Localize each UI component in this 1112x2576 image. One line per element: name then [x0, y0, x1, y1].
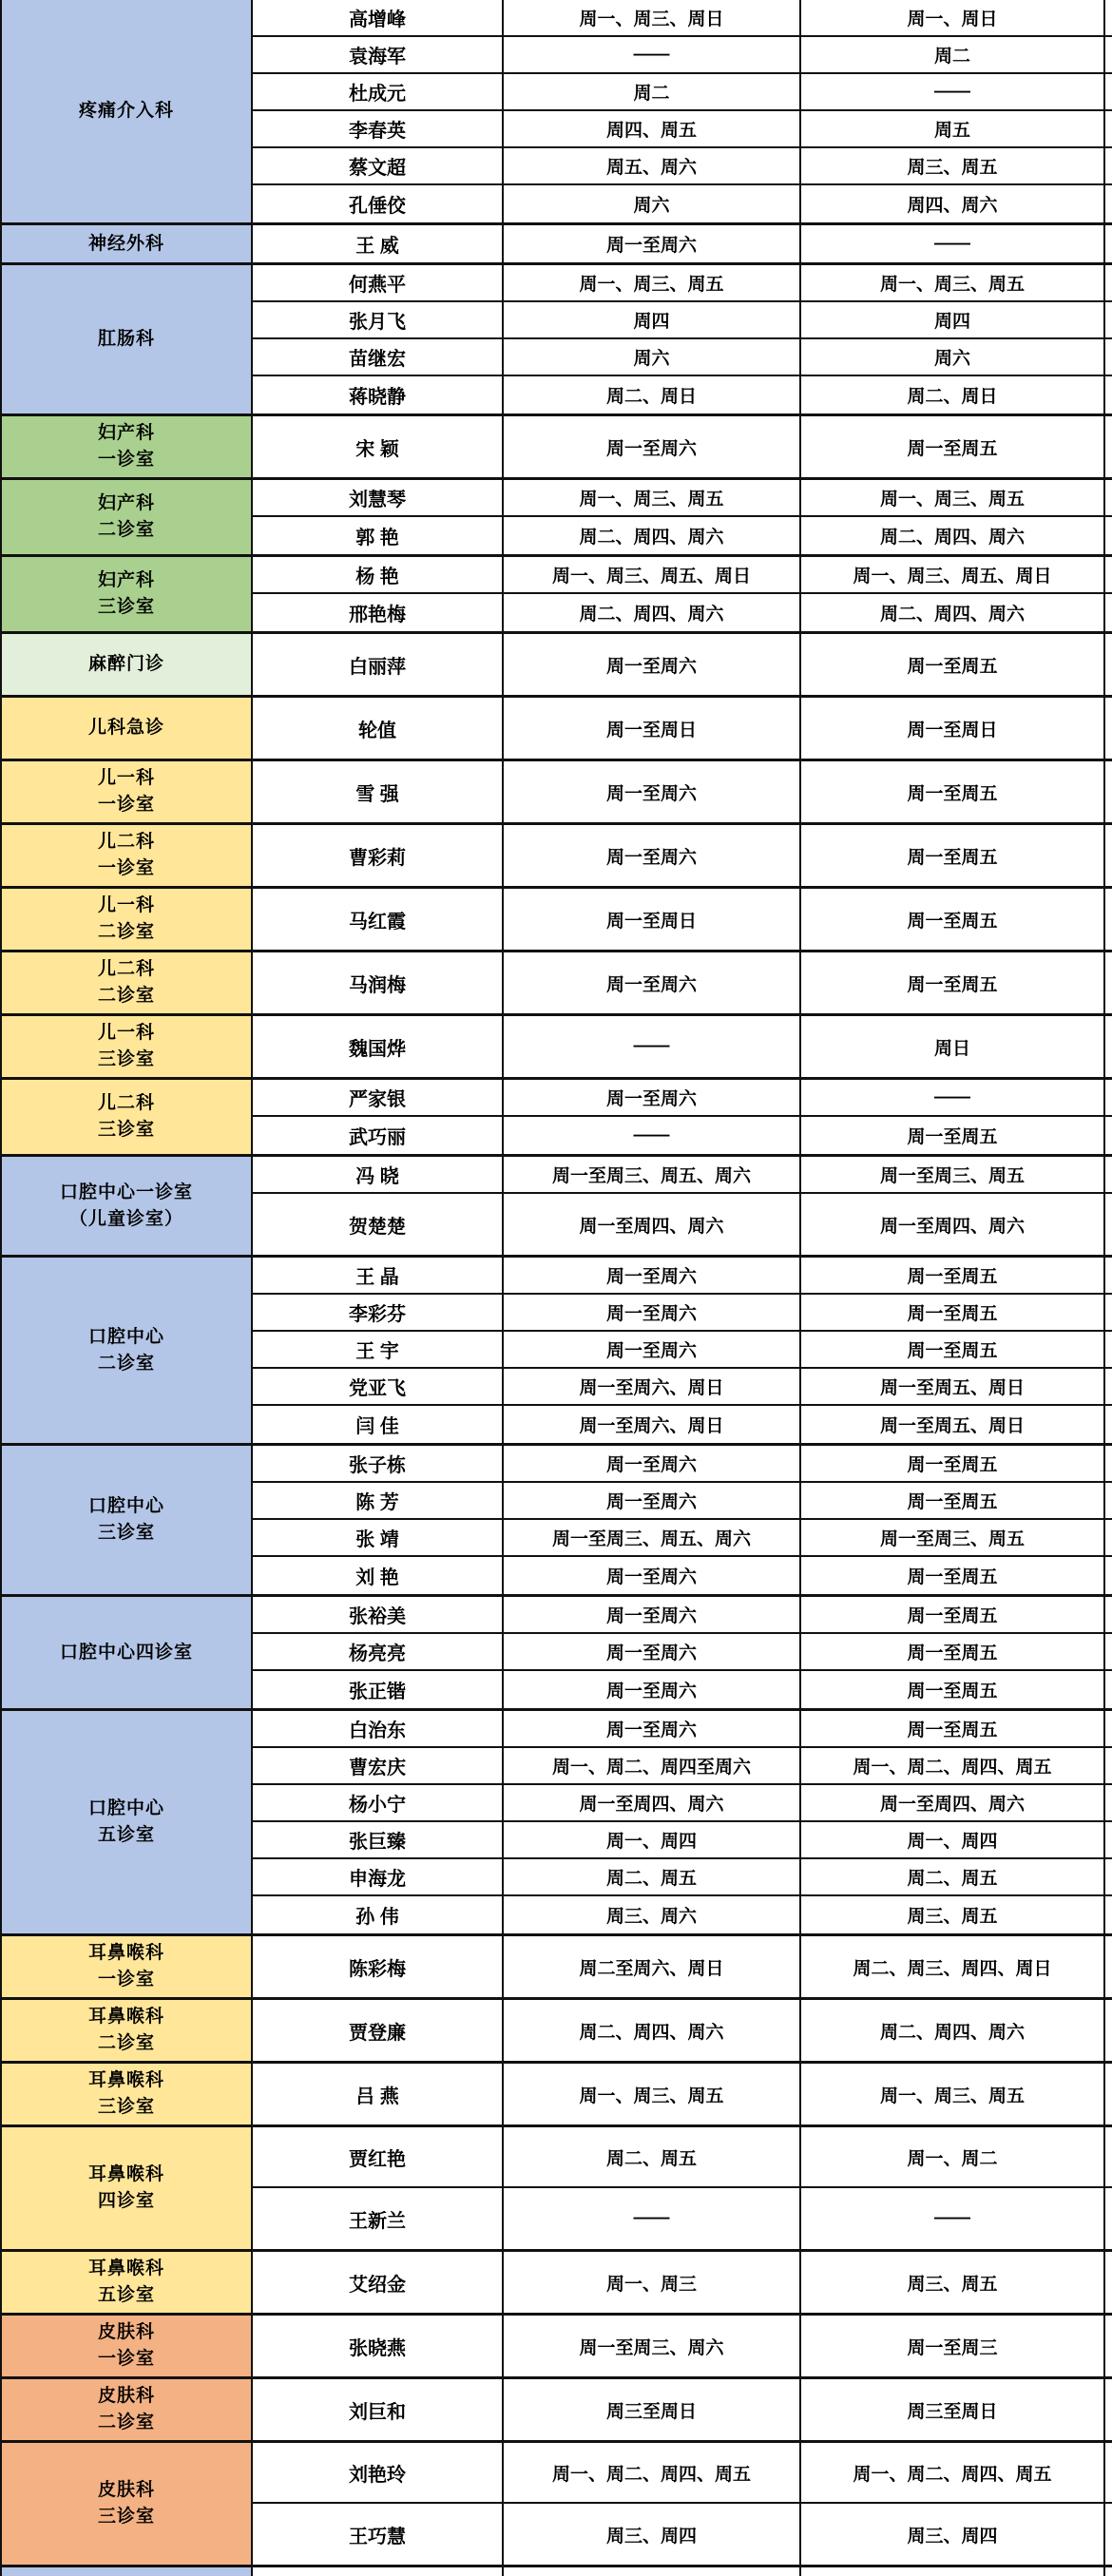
schedule-column1-cell: 周五、周六: [504, 148, 801, 183]
right-edge-sliver-cell: [1105, 698, 1112, 759]
schedule-column1-cell: 周一、周二、周四至周六: [504, 1748, 801, 1783]
department-cell: 耳鼻喉科 二诊室: [2, 2000, 253, 2061]
schedule-column1-cell: 周一至周六: [504, 825, 801, 886]
right-edge-sliver-cell: [1105, 2504, 1112, 2565]
doctor-name-cell: 王 宇: [253, 1332, 504, 1367]
department-cell: 皮肤科 三诊室: [2, 2443, 253, 2565]
doctor-name-cell: 王 威: [253, 225, 504, 262]
schedule-column2-cell: 周二、周四、周六: [801, 594, 1105, 631]
schedule-column1-cell: 周一、周三、周五: [504, 2064, 801, 2124]
schedule-column1-cell: 周一至周三、周五、周六: [504, 1520, 801, 1555]
section-rows: 贾红艳周二、周五周一、周二王新兰————: [253, 2127, 1112, 2249]
schedule-column2-cell: 周一至周五、周日: [801, 1369, 1105, 1404]
right-edge-sliver-cell: [1105, 1634, 1112, 1669]
schedule-column2-cell: 周一至周五: [801, 1332, 1105, 1367]
right-edge-sliver-cell: [1105, 1258, 1112, 1293]
department-cell: 耳鼻喉科 四诊室: [2, 2127, 253, 2249]
right-edge-sliver-cell: [1105, 148, 1112, 183]
schedule-column2-cell: 周二、周五: [801, 1859, 1105, 1894]
schedule-column2-cell: 周一、周二、周四、周五: [801, 1748, 1105, 1783]
schedule-column2-cell: 周一至周四、周六: [801, 1785, 1105, 1820]
schedule-column2-cell: 周一、周三、周五: [801, 265, 1105, 300]
schedule-row: 何燕平周一、周三、周五周一、周三、周五: [253, 265, 1112, 302]
schedule-row: 张巨臻周一、周四周一、周四: [253, 1822, 1112, 1859]
section-rows: 陈彩梅周二至周六、周日周二、周三、周四、周日: [253, 1936, 1112, 1997]
department-cell: 儿一科 二诊室: [2, 889, 253, 950]
department-section: 肛肠科何燕平周一、周三、周五周一、周三、周五张月飞周四周四苗继宏周六周六蒋晓静周…: [2, 265, 1112, 416]
schedule-column2-cell: 周三、周五: [801, 1896, 1105, 1933]
schedule-column1-cell: 周一、周三、周日: [504, 0, 801, 35]
right-edge-sliver-cell: [1105, 1822, 1112, 1857]
schedule-column2-cell: 周一、周三、周五: [801, 2064, 1105, 2124]
section-rows: 王 威周一至周六——: [253, 225, 1112, 262]
schedule-column1-cell: 周二、周四、周六: [504, 517, 801, 554]
schedule-column2-cell: 周一至周五: [801, 761, 1105, 822]
doctor-name-cell: 白丽萍: [253, 634, 504, 695]
schedule-column1-cell: 周一至周六: [504, 1634, 801, 1669]
schedule-column2-cell: 周一、周三、周五: [801, 480, 1105, 515]
schedule-column2-cell: 周一、周二、周四、周五: [801, 2443, 1105, 2502]
right-edge-sliver-cell: [1105, 185, 1112, 222]
schedule-column1-cell: 周一至周六: [504, 1080, 801, 1115]
department-cell: 口腔中心 五诊室: [2, 1711, 253, 1933]
right-edge-sliver-cell: [1105, 1711, 1112, 1746]
doctor-name-cell: 马润梅: [253, 952, 504, 1013]
right-edge-sliver-cell: [1105, 37, 1112, 72]
schedule-column1-cell: 周二、周五: [504, 1859, 801, 1894]
right-edge-sliver-cell: [1105, 1748, 1112, 1783]
schedule-row: 陈 芳周一至周六周一至周五: [253, 1483, 1112, 1520]
schedule-column1-cell: 周三至周日: [504, 2379, 801, 2440]
schedule-row: [253, 2567, 1112, 2576]
schedule-column1-cell: 周一至周六: [504, 761, 801, 822]
schedule-column1-cell: 周一、周三、周五、周日: [504, 557, 801, 592]
department-cell: 麻醉门诊: [2, 634, 253, 695]
department-cell: 肛肠科: [2, 265, 253, 413]
doctor-name-cell: 马红霞: [253, 889, 504, 950]
schedule-column1-cell: 周一、周三、周五: [504, 265, 801, 300]
schedule-row: 陈彩梅周二至周六、周日周二、周三、周四、周日: [253, 1936, 1112, 1997]
schedule-column1-cell: 周一至周三、周五、周六: [504, 1157, 801, 1192]
schedule-row: 刘慧琴周一、周三、周五周一、周三、周五: [253, 480, 1112, 517]
schedule-column2-cell: 周一至周五: [801, 889, 1105, 950]
schedule-column1-cell: 周四: [504, 302, 801, 337]
doctor-name-cell: 王 晶: [253, 1258, 504, 1293]
department-section: 儿二科 二诊室马润梅周一至周六周一至周五: [2, 952, 1112, 1016]
schedule-column2-cell: 周一至周五: [801, 1117, 1105, 1154]
doctor-name-cell: 杨亮亮: [253, 1634, 504, 1669]
doctor-name-cell: 何燕平: [253, 265, 504, 300]
doctor-name-cell: 雪 强: [253, 761, 504, 822]
schedule-row: 张裕美周一至周六周一至周五: [253, 1597, 1112, 1634]
schedule-row: 贾登廉周二、周四、周六周二、周四、周六: [253, 2000, 1112, 2061]
doctor-name-cell: 党亚飞: [253, 1369, 504, 1404]
schedule-row: 张月飞周四周四: [253, 302, 1112, 339]
right-edge-sliver-cell: [1105, 1520, 1112, 1555]
schedule-row: 杨亮亮周一至周六周一至周五: [253, 1634, 1112, 1671]
schedule-column2-cell: 周一至周三: [801, 2316, 1105, 2376]
right-edge-sliver-cell: [1105, 1157, 1112, 1192]
schedule-column1-cell: 周三、周六: [504, 1896, 801, 1933]
section-rows: 高增峰周一、周三、周日周一、周日袁海军——周二杜成元周二——李春英周四、周五周五…: [253, 0, 1112, 222]
schedule-column1-cell: 周一至周六: [504, 1295, 801, 1330]
department-section: 儿二科 三诊室严家银周一至周六——武巧丽——周一至周五: [2, 1080, 1112, 1157]
department-section: 妇产科 二诊室刘慧琴周一、周三、周五周一、周三、周五郭 艳周二、周四、周六周二、…: [2, 480, 1112, 557]
schedule-column2-cell: 周一至周三、周五: [801, 1520, 1105, 1555]
doctor-name-cell: 孔倕佼: [253, 185, 504, 222]
right-edge-sliver-cell: [1105, 416, 1112, 477]
schedule-column2-cell: 周一至周五: [801, 634, 1105, 695]
section-rows: 马红霞周一至周日周一至周五: [253, 889, 1112, 950]
department-cell: 疼痛介入科: [2, 0, 253, 222]
schedule-row: 苗继宏周六周六: [253, 339, 1112, 376]
section-rows: 刘慧琴周一、周三、周五周一、周三、周五郭 艳周二、周四、周六周二、周四、周六: [253, 480, 1112, 554]
right-edge-sliver-cell: [1105, 2064, 1112, 2124]
right-edge-sliver-cell: [1105, 225, 1112, 262]
schedule-column2-cell: ——: [801, 1080, 1105, 1115]
schedule-column1-cell: 周三、周四: [504, 2504, 801, 2565]
doctor-name-cell: 吕 燕: [253, 2064, 504, 2124]
right-edge-sliver-cell: [1105, 517, 1112, 554]
department-cell: 口腔中心 三诊室: [2, 1446, 253, 1594]
schedule-column2-cell: 周一至周五: [801, 825, 1105, 886]
schedule-column1-cell: 周一、周二、周四、周五: [504, 2443, 801, 2502]
department-cell: 儿科急诊: [2, 698, 253, 759]
schedule-row: 轮值周一至周日周一至周日: [253, 698, 1112, 759]
schedule-column2-cell: 周一至周四、周六: [801, 1194, 1105, 1255]
department-section: 耳鼻喉科 四诊室贾红艳周二、周五周一、周二王新兰————: [2, 2127, 1112, 2252]
schedule-column1-cell: 周一至周日: [504, 889, 801, 950]
department-cell: 神经外科: [2, 225, 253, 262]
doctor-name-cell: 宋 颖: [253, 416, 504, 477]
schedule-column1-cell: 周一至周日: [504, 698, 801, 759]
department-section: 妇产科 三诊室杨 艳周一、周三、周五、周日周一、周三、周五、周日邢艳梅周二、周四…: [2, 557, 1112, 634]
doctor-name-cell: 贾红艳: [253, 2127, 504, 2186]
schedule-row: 马润梅周一至周六周一至周五: [253, 952, 1112, 1013]
schedule-column1-cell: 周一至周六、周日: [504, 1406, 801, 1443]
department-cell: 耳鼻喉科 三诊室: [2, 2064, 253, 2124]
schedule-column2-cell: 周二、周三、周四、周日: [801, 1936, 1105, 1997]
section-rows: 贾登廉周二、周四、周六周二、周四、周六: [253, 2000, 1112, 2061]
department-cell: 儿一科 一诊室: [2, 761, 253, 822]
schedule-row: 张子栋周一至周六周一至周五: [253, 1446, 1112, 1483]
schedule-row: 魏国烨——周日: [253, 1016, 1112, 1077]
right-edge-sliver-cell: [1105, 1194, 1112, 1255]
right-edge-sliver-cell: [1105, 1117, 1112, 1154]
right-edge-sliver-cell: [1105, 1295, 1112, 1330]
right-edge-sliver-cell: [1105, 1483, 1112, 1518]
doctor-name-cell: 严家银: [253, 1080, 504, 1115]
right-edge-sliver-cell: [1105, 376, 1112, 413]
doctor-name-cell: 杨小宁: [253, 1785, 504, 1820]
schedule-column2-cell: 周二、周四、周六: [801, 2000, 1105, 2061]
right-edge-sliver-cell: [1105, 889, 1112, 950]
department-cell: 妇产科 一诊室: [2, 416, 253, 477]
schedule-column1-cell: ——: [504, 37, 801, 72]
doctor-name-cell: 袁海军: [253, 37, 504, 72]
schedule-column2-cell: 周一至周五、周日: [801, 1406, 1105, 1443]
schedule-column1-cell: 周一至周四、周六: [504, 1194, 801, 1255]
schedule-column1-cell: 周一至周六: [504, 1332, 801, 1367]
department-section: 儿一科 一诊室雪 强周一至周六周一至周五: [2, 761, 1112, 825]
doctor-name-cell: 刘 艳: [253, 1557, 504, 1594]
doctor-name-cell: 孙 伟: [253, 1896, 504, 1933]
right-edge-sliver-cell: [1105, 2000, 1112, 2061]
right-edge-sliver-cell: [1105, 1080, 1112, 1115]
right-edge-sliver-cell: [1105, 265, 1112, 300]
right-edge-sliver-cell: [1105, 2127, 1112, 2186]
schedule-row: 宋 颖周一至周六周一至周五: [253, 416, 1112, 477]
schedule-column2-cell: 周一至周三、周五: [801, 1157, 1105, 1192]
department-section: 耳鼻喉科 三诊室吕 燕周一、周三、周五周一、周三、周五: [2, 2064, 1112, 2127]
doctor-name-cell: [253, 2567, 504, 2576]
doctor-name-cell: 苗继宏: [253, 339, 504, 375]
section-rows: 雪 强周一至周六周一至周五: [253, 761, 1112, 822]
schedule-column1-cell: 周四、周五: [504, 111, 801, 146]
schedule-column2-cell: 周二、周日: [801, 376, 1105, 413]
section-rows: 刘巨和周三至周日周三至周日: [253, 2379, 1112, 2440]
department-section: 耳鼻喉科 五诊室艾绍金周一、周三周三、周五: [2, 2252, 1112, 2316]
department-section: 麻醉门诊白丽萍周一至周六周一至周五: [2, 634, 1112, 698]
department-section: 口腔中心 五诊室白治东周一至周六周一至周五曹宏庆周一、周二、周四至周六周一、周二…: [2, 1711, 1112, 1936]
right-edge-sliver-cell: [1105, 2443, 1112, 2502]
doctor-name-cell: 刘巨和: [253, 2379, 504, 2440]
schedule-row: 蒋晓静周二、周日周二、周日: [253, 376, 1112, 413]
section-rows: 轮值周一至周日周一至周日: [253, 698, 1112, 759]
schedule-row: 冯 晓周一至周三、周五、周六周一至周三、周五: [253, 1157, 1112, 1194]
schedule-column1-cell: 周一至周六: [504, 1711, 801, 1746]
doctor-name-cell: 武巧丽: [253, 1117, 504, 1154]
section-rows: [253, 2567, 1112, 2576]
section-rows: 严家银周一至周六——武巧丽——周一至周五: [253, 1080, 1112, 1154]
schedule-row: 高增峰周一、周三、周日周一、周日: [253, 0, 1112, 37]
department-section: 皮肤科 二诊室刘巨和周三至周日周三至周日: [2, 2379, 1112, 2443]
doctor-name-cell: 郭 艳: [253, 517, 504, 554]
schedule-row: 张 靖周一至周三、周五、周六周一至周三、周五: [253, 1520, 1112, 1557]
schedule-column2-cell: 周一、周四: [801, 1822, 1105, 1857]
doctor-name-cell: 魏国烨: [253, 1016, 504, 1077]
schedule-row: 贺楚楚周一至周四、周六周一至周四、周六: [253, 1194, 1112, 1255]
schedule-column2-cell: 周一、周二: [801, 2127, 1105, 2186]
schedule-column1-cell: 周一至周六: [504, 1671, 801, 1708]
right-edge-sliver-cell: [1105, 1671, 1112, 1708]
schedule-column2-cell: ——: [801, 74, 1105, 109]
schedule-row: 党亚飞周一至周六、周日周一至周五、周日: [253, 1369, 1112, 1406]
schedule-row: 雪 强周一至周六周一至周五: [253, 761, 1112, 822]
department-section: 耳鼻喉科 一诊室陈彩梅周二至周六、周日周二、周三、周四、周日: [2, 1936, 1112, 2000]
department-cell: 耳鼻喉科 一诊室: [2, 1936, 253, 1997]
schedule-row: 张正锴周一至周六周一至周五: [253, 1671, 1112, 1708]
schedule-column1-cell: 周一至周六、周日: [504, 1369, 801, 1404]
schedule-column1-cell: 周二、周日: [504, 376, 801, 413]
schedule-row: 刘巨和周三至周日周三至周日: [253, 2379, 1112, 2440]
schedule-column1-cell: 周一、周四: [504, 1822, 801, 1857]
schedule-column2-cell: 周一至周五: [801, 1597, 1105, 1632]
right-edge-sliver-cell: [1105, 74, 1112, 109]
section-rows: 曹彩莉周一至周六周一至周五: [253, 825, 1112, 886]
department-section: 妇产科 一诊室宋 颖周一至周六周一至周五: [2, 416, 1112, 480]
department-cell: 儿二科 二诊室: [2, 952, 253, 1013]
schedule-column2-cell: 周四: [801, 302, 1105, 337]
schedule-row: 马红霞周一至周日周一至周五: [253, 889, 1112, 950]
schedule-row: 贾红艳周二、周五周一、周二: [253, 2127, 1112, 2188]
right-edge-sliver-cell: [1105, 0, 1112, 35]
department-cell: [2, 2567, 253, 2576]
schedule-row: 严家银周一至周六——: [253, 1080, 1112, 1117]
department-cell: 耳鼻喉科 五诊室: [2, 2252, 253, 2313]
department-cell: 口腔中心 二诊室: [2, 1258, 253, 1443]
department-cell: 妇产科 二诊室: [2, 480, 253, 554]
department-section: 儿科急诊轮值周一至周日周一至周日: [2, 698, 1112, 761]
doctor-name-cell: 张子栋: [253, 1446, 504, 1481]
doctor-name-cell: 曹宏庆: [253, 1748, 504, 1783]
department-cell: 妇产科 三诊室: [2, 557, 253, 631]
section-rows: 吕 燕周一、周三、周五周一、周三、周五: [253, 2064, 1112, 2124]
schedule-column1-cell: [504, 2567, 801, 2576]
schedule-row: 孔倕佼周六周四、周六: [253, 185, 1112, 222]
schedule-row: 刘 艳周一至周六周一至周五: [253, 1557, 1112, 1594]
schedule-row: 杨小宁周一至周四、周六周一至周四、周六: [253, 1785, 1112, 1822]
doctor-name-cell: 刘艳玲: [253, 2443, 504, 2502]
schedule-row: 艾绍金周一、周三周三、周五: [253, 2252, 1112, 2313]
section-rows: 白治东周一至周六周一至周五曹宏庆周一、周二、周四至周六周一、周二、周四、周五杨小…: [253, 1711, 1112, 1933]
department-section: 口腔中心 二诊室王 晶周一至周六周一至周五李彩芬周一至周六周一至周五王 宇周一至…: [2, 1258, 1112, 1446]
schedule-column2-cell: 周一至周五: [801, 1671, 1105, 1708]
section-rows: 何燕平周一、周三、周五周一、周三、周五张月飞周四周四苗继宏周六周六蒋晓静周二、周…: [253, 265, 1112, 413]
right-edge-sliver-cell: [1105, 952, 1112, 1013]
right-edge-sliver-cell: [1105, 594, 1112, 631]
schedule-row: 李彩芬周一至周六周一至周五: [253, 1295, 1112, 1332]
department-section: 口腔中心四诊室张裕美周一至周六周一至周五杨亮亮周一至周六周一至周五张正锴周一至周…: [2, 1597, 1112, 1711]
right-edge-sliver-cell: [1105, 1597, 1112, 1632]
schedule-row: 武巧丽——周一至周五: [253, 1117, 1112, 1154]
department-cell: 儿二科 三诊室: [2, 1080, 253, 1154]
doctor-name-cell: 曹彩莉: [253, 825, 504, 886]
department-section: 神经外科王 威周一至周六——: [2, 225, 1112, 265]
doctor-name-cell: 张巨臻: [253, 1822, 504, 1857]
doctor-name-cell: 陈彩梅: [253, 1936, 504, 1997]
schedule-column1-cell: 周二、周四、周六: [504, 2000, 801, 2061]
schedule-row: 王 宇周一至周六周一至周五: [253, 1332, 1112, 1369]
right-edge-sliver-cell: [1105, 302, 1112, 337]
schedule-row: 杨 艳周一、周三、周五、周日周一、周三、周五、周日: [253, 557, 1112, 594]
schedule-column1-cell: ——: [504, 2188, 801, 2249]
schedule-column1-cell: 周一至周六: [504, 634, 801, 695]
doctor-name-cell: 杨 艳: [253, 557, 504, 592]
section-rows: 艾绍金周一、周三周三、周五: [253, 2252, 1112, 2313]
schedule-column1-cell: 周一、周三: [504, 2252, 801, 2313]
schedule-row: 王巧慧周三、周四周三、周四: [253, 2504, 1112, 2565]
doctor-name-cell: 王巧慧: [253, 2504, 504, 2565]
schedule-column1-cell: 周一、周三、周五: [504, 480, 801, 515]
section-rows: 王 晶周一至周六周一至周五李彩芬周一至周六周一至周五王 宇周一至周六周一至周五党…: [253, 1258, 1112, 1443]
schedule-column2-cell: 周一至周五: [801, 416, 1105, 477]
right-edge-sliver-cell: [1105, 634, 1112, 695]
schedule-row: 袁海军——周二: [253, 37, 1112, 74]
right-edge-sliver-cell: [1105, 825, 1112, 886]
doctor-name-cell: 邢艳梅: [253, 594, 504, 631]
schedule-column1-cell: ——: [504, 1117, 801, 1154]
doctor-name-cell: 贾登廉: [253, 2000, 504, 2061]
doctor-name-cell: 高增峰: [253, 0, 504, 35]
schedule-row: 蔡文超周五、周六周三、周五: [253, 148, 1112, 185]
section-rows: 冯 晓周一至周三、周五、周六周一至周三、周五贺楚楚周一至周四、周六周一至周四、周…: [253, 1157, 1112, 1255]
section-rows: 张裕美周一至周六周一至周五杨亮亮周一至周六周一至周五张正锴周一至周六周一至周五: [253, 1597, 1112, 1708]
schedule-column2-cell: 周二、周四、周六: [801, 517, 1105, 554]
right-edge-sliver-cell: [1105, 557, 1112, 592]
schedule-column2-cell: 周三、周四: [801, 2504, 1105, 2565]
department-cell: 皮肤科 二诊室: [2, 2379, 253, 2440]
schedule-row: 杜成元周二——: [253, 74, 1112, 111]
schedule-column2-cell: ——: [801, 225, 1105, 262]
schedule-row: 曹彩莉周一至周六周一至周五: [253, 825, 1112, 886]
right-edge-sliver-cell: [1105, 2379, 1112, 2440]
schedule-column2-cell: 周一至周五: [801, 1634, 1105, 1669]
schedule-column2-cell: 周三、周五: [801, 148, 1105, 183]
doctor-name-cell: 白治东: [253, 1711, 504, 1746]
schedule-column1-cell: 周一至周六: [504, 1446, 801, 1481]
schedule-column1-cell: 周二至周六、周日: [504, 1936, 801, 1997]
doctor-name-cell: 杜成元: [253, 74, 504, 109]
schedule-row: 王 晶周一至周六周一至周五: [253, 1258, 1112, 1295]
right-edge-sliver-cell: [1105, 1896, 1112, 1933]
doctor-name-cell: 王新兰: [253, 2188, 504, 2249]
department-cell: 口腔中心一诊室 （儿童诊室）: [2, 1157, 253, 1255]
department-cell: 皮肤科 一诊室: [2, 2316, 253, 2376]
doctor-name-cell: 冯 晓: [253, 1157, 504, 1192]
schedule-column2-cell: 周二: [801, 37, 1105, 72]
section-rows: 杨 艳周一、周三、周五、周日周一、周三、周五、周日邢艳梅周二、周四、周六周二、周…: [253, 557, 1112, 631]
right-edge-sliver-cell: [1105, 1369, 1112, 1404]
doctor-name-cell: 蔡文超: [253, 148, 504, 183]
department-cell: 儿一科 三诊室: [2, 1016, 253, 1077]
schedule-column2-cell: 周一、周日: [801, 0, 1105, 35]
right-edge-sliver-cell: [1105, 111, 1112, 146]
schedule-row: 孙 伟周三、周六周三、周五: [253, 1896, 1112, 1933]
doctor-name-cell: 张晓燕: [253, 2316, 504, 2376]
schedule-column1-cell: 周一至周三、周六: [504, 2316, 801, 2376]
schedule-row: 白丽萍周一至周六周一至周五: [253, 634, 1112, 695]
schedule-column2-cell: 周一至周日: [801, 698, 1105, 759]
right-edge-sliver-cell: [1105, 480, 1112, 515]
doctor-name-cell: 刘慧琴: [253, 480, 504, 515]
department-section: 儿一科 三诊室魏国烨——周日: [2, 1016, 1112, 1080]
section-rows: 刘艳玲周一、周二、周四、周五周一、周二、周四、周五王巧慧周三、周四周三、周四: [253, 2443, 1112, 2565]
doctor-name-cell: 张月飞: [253, 302, 504, 337]
department-cell: 儿二科 一诊室: [2, 825, 253, 886]
doctor-name-cell: 张正锴: [253, 1671, 504, 1708]
department-section: 儿二科 一诊室曹彩莉周一至周六周一至周五: [2, 825, 1112, 889]
doctor-name-cell: 贺楚楚: [253, 1194, 504, 1255]
schedule-row: 闫 佳周一至周六、周日周一至周五、周日: [253, 1406, 1112, 1443]
section-rows: 张晓燕周一至周三、周六周一至周三: [253, 2316, 1112, 2376]
schedule-column1-cell: 周一至周六: [504, 1258, 801, 1293]
doctor-name-cell: 陈 芳: [253, 1483, 504, 1518]
right-edge-sliver-cell: [1105, 761, 1112, 822]
right-edge-sliver-cell: [1105, 2188, 1112, 2249]
schedule-column2-cell: 周五: [801, 111, 1105, 146]
doctor-name-cell: 轮值: [253, 698, 504, 759]
schedule-column2-cell: 周六: [801, 339, 1105, 375]
department-section: 耳鼻喉科 二诊室贾登廉周二、周四、周六周二、周四、周六: [2, 2000, 1112, 2064]
schedule-column2-cell: 周一至周五: [801, 1557, 1105, 1594]
section-rows: 魏国烨——周日: [253, 1016, 1112, 1077]
department-section: 口腔中心一诊室 （儿童诊室）冯 晓周一至周三、周五、周六周一至周三、周五贺楚楚周…: [2, 1157, 1112, 1258]
schedule-column2-cell: [801, 2567, 1105, 2576]
schedule-row: 李春英周四、周五周五: [253, 111, 1112, 148]
right-edge-sliver-cell: [1105, 1016, 1112, 1077]
schedule-column1-cell: 周一至周六: [504, 1557, 801, 1594]
